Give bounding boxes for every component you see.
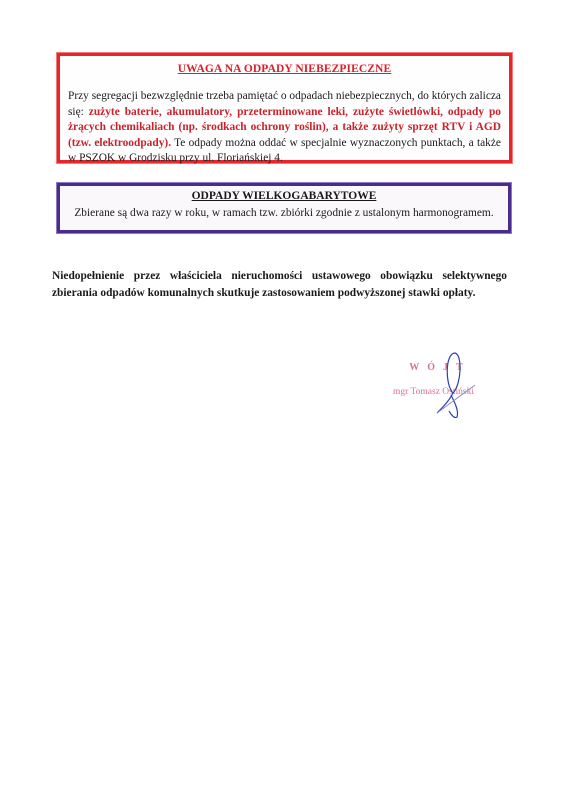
hazardous-waste-title: UWAGA NA ODPADY NIEBEZPIECZNE xyxy=(60,63,509,75)
bulky-waste-text: Zbierane są dwa razy w roku, w ramach tz… xyxy=(60,207,508,219)
hazardous-waste-box: UWAGA NA ODPADY NIEBEZPIECZNE Przy segre… xyxy=(57,53,512,163)
penalty-notice: Niedopełnienie przez właściciela nieruch… xyxy=(52,268,507,301)
hazardous-waste-text: Przy segregacji bezwzględnie trzeba pami… xyxy=(68,89,501,167)
bulky-waste-box: ODPADY WIELKOGABARYTOWE Zbierane są dwa … xyxy=(57,183,511,233)
bulky-waste-title: ODPADY WIELKOGABARYTOWE xyxy=(60,190,508,202)
signature-block: WÓJT mgr Tomasz Ostiński xyxy=(385,345,505,425)
handwritten-signature-icon xyxy=(385,345,505,425)
